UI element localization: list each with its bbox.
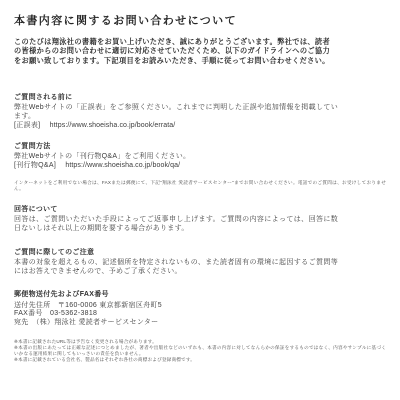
section-heading: ご質問に際してのご注意 [14, 247, 372, 257]
disclaimer-note-warranty: ※本書の出版にあたっては正確な記述につとめましたが、著者や出版社などのいずれも、… [14, 345, 386, 357]
disclaimer-notes: ※本書に記載されたURL等は予告なく変更される場合があります。 ※本書の出版にあ… [14, 339, 386, 363]
section-body: 弊社Webサイトの「刊行物Q&A」をご利用ください。 [14, 153, 338, 162]
section-heading: 回答について [14, 204, 372, 214]
errata-link-line: [正誤表] https://www.shoeisha.co.jp/book/er… [14, 122, 338, 131]
section-mailing-address: 郵便物送付先およびFAX番号 送付先住所 〒160-0006 東京都新宿区舟町5… [14, 289, 372, 328]
qa-link-label: [刊行物Q&A] [14, 162, 56, 169]
book-colophon-page: 本書内容に関するお問い合わせについて このたびは翔泳社の書籍をお買い上げいただき… [0, 0, 400, 400]
section-before-asking: ご質問される前に 弊社Webサイトの「正誤表」をご参照ください。これまでに判明し… [14, 92, 372, 131]
section-about-answers: 回答について 回答は、ご質問いただいた手段によってご返事申し上げます。ご質問の内… [14, 204, 372, 234]
section-heading: ご質問される前に [14, 92, 372, 102]
page-title: 本書内容に関するお問い合わせについて [14, 12, 372, 28]
section-how-to-ask: ご質問方法 弊社Webサイトの「刊行物Q&A」をご利用ください。 [刊行物Q&A… [14, 141, 372, 171]
errata-link-label: [正誤表] [14, 122, 40, 129]
section-body: 回答は、ご質問いただいた手段によってご返事申し上げます。ご質問の内容によっては、… [14, 216, 338, 234]
section-heading: 郵便物送付先およびFAX番号 [14, 289, 372, 299]
qa-link-line: [刊行物Q&A] https://www.shoeisha.co.jp/book… [14, 162, 338, 171]
disclaimer-note-trademarks: ※本書に記載されている会社名、製品名はそれぞれ各社の商標および登録商標です。 [14, 357, 386, 363]
intro-paragraph: このたびは翔泳社の書籍をお買い上げいただき、誠にありがとうございます。弊社では、… [14, 37, 330, 65]
address-line-recipient: 宛先 （株）翔泳社 愛読者サービスセンター [14, 319, 344, 328]
section-heading: ご質問方法 [14, 141, 372, 151]
qa-url: https://www.shoeisha.co.jp/book/qa/ [65, 162, 180, 169]
section-body: 弊社Webサイトの「正誤表」をご参照ください。これまでに判明した正誤や追加情報を… [14, 104, 338, 122]
section-body: 本書の対象を超えるもの、記述個所を特定されないもの、また読者固有の環境に起因する… [14, 259, 338, 277]
offline-contact-note: インターネットをご利用でない場合は、FAXまたは郵便にて、下記"翔泳社 愛読者サ… [14, 180, 386, 192]
errata-url: https://www.shoeisha.co.jp/book/errata/ [50, 122, 176, 129]
section-question-notes: ご質問に際してのご注意 本書の対象を超えるもの、記述個所を特定されないもの、また… [14, 247, 372, 277]
address-line-fax: FAX番号 03-5362-3818 [14, 310, 344, 319]
